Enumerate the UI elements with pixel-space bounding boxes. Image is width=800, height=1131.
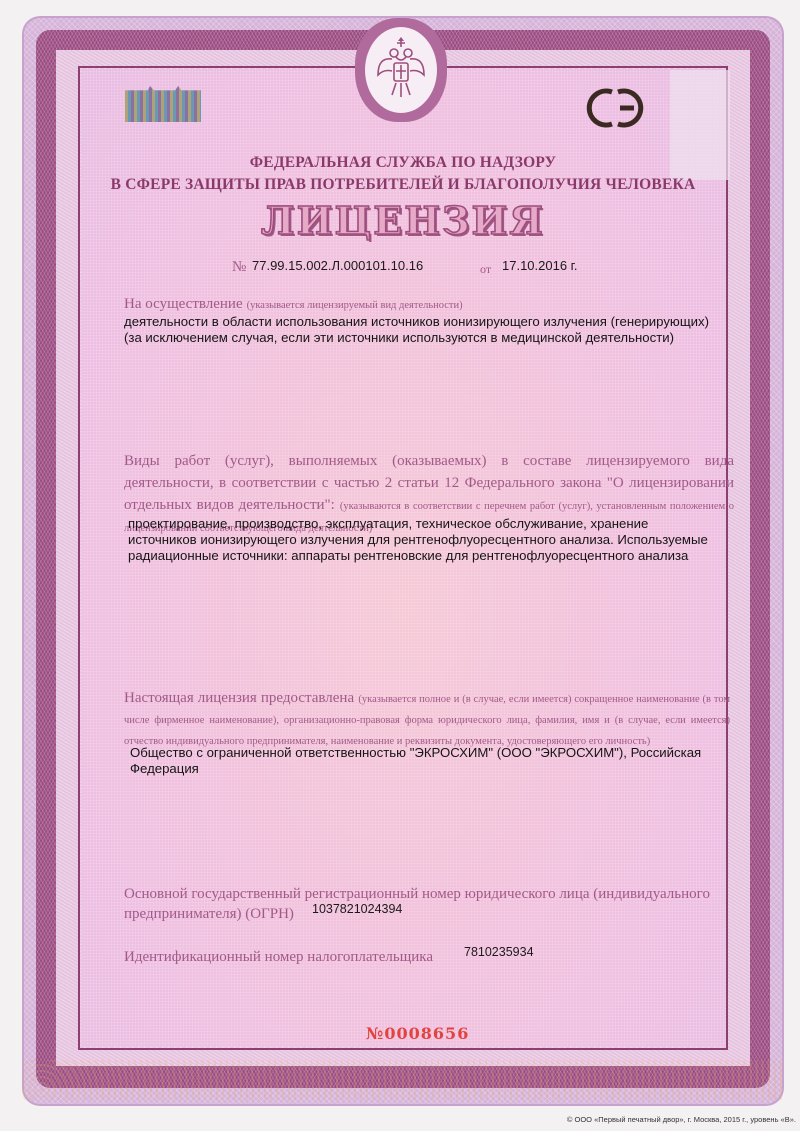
- activity-label: На осуществление: [124, 296, 243, 312]
- se-conformity-mark-icon: [582, 86, 652, 130]
- inn-label: Идентификационный номер налогоплательщик…: [124, 949, 433, 965]
- licensee-section: Настоящая лицензия предоставлена (указыв…: [124, 688, 730, 752]
- document-title: ЛИЦЕНЗИЯ: [81, 198, 725, 243]
- licensee-value: Общество с ограниченной ответственностью…: [130, 745, 730, 777]
- inn-section: Идентификационный номер налогоплательщик…: [124, 948, 734, 966]
- hologram-sticker-icon: [125, 86, 201, 122]
- licensee-value-line-1: Общество с ограниченной ответственностью…: [130, 745, 730, 761]
- ogrn-section: Основной государственный регистрационный…: [124, 884, 730, 924]
- coat-of-arms-emblem-icon: [355, 18, 447, 122]
- works-value-line-3: радиационные источники: аппараты рентген…: [128, 548, 728, 564]
- works-value-line-2: источников ионизирующего излучения для р…: [128, 532, 728, 548]
- blank-serial-number: №0008656: [366, 1024, 469, 1043]
- licensee-label: Настоящая лицензия предоставлена: [124, 690, 354, 706]
- activity-section: На осуществление (указывается лицензируе…: [124, 296, 734, 346]
- activity-value: деятельности в области использования ист…: [124, 314, 734, 346]
- works-value-line-1: проектирование, производство, эксплуатац…: [128, 516, 728, 532]
- activity-value-line-1: деятельности в области использования ист…: [124, 314, 734, 330]
- double-headed-eagle-icon: [374, 37, 428, 103]
- ogrn-label: Основной государственный регистрационный…: [124, 886, 710, 922]
- ogrn-value: 1037821024394: [312, 902, 402, 916]
- printer-imprint: © ООО «Первый печатный двор», г. Москва,…: [567, 1115, 796, 1124]
- number-symbol: №: [232, 259, 246, 276]
- date-prefix: от: [480, 262, 491, 277]
- inn-value: 7810235934: [464, 945, 534, 959]
- activity-value-line-2: (за исключением случая, если эти источни…: [124, 330, 734, 346]
- licensee-value-line-2: Федерация: [130, 761, 730, 777]
- issuing-authority: ФЕДЕРАЛЬНАЯ СЛУЖБА ПО НАДЗОРУ В СФЕРЕ ЗА…: [81, 152, 725, 196]
- authority-line-1: ФЕДЕРАЛЬНАЯ СЛУЖБА ПО НАДЗОРУ: [81, 152, 725, 174]
- license-number-line: № 77.99.15.002.Л.000101.10.16 от 17.10.2…: [222, 256, 642, 278]
- activity-hint: (указывается лицензируемый вид деятельно…: [247, 300, 463, 311]
- authority-line-2: В СФЕРЕ ЗАЩИТЫ ПРАВ ПОТРЕБИТЕЛЕЙ И БЛАГО…: [81, 174, 725, 196]
- license-date: 17.10.2016 г.: [502, 258, 577, 273]
- license-number: 77.99.15.002.Л.000101.10.16: [252, 258, 423, 273]
- works-value: проектирование, производство, эксплуатац…: [128, 516, 728, 564]
